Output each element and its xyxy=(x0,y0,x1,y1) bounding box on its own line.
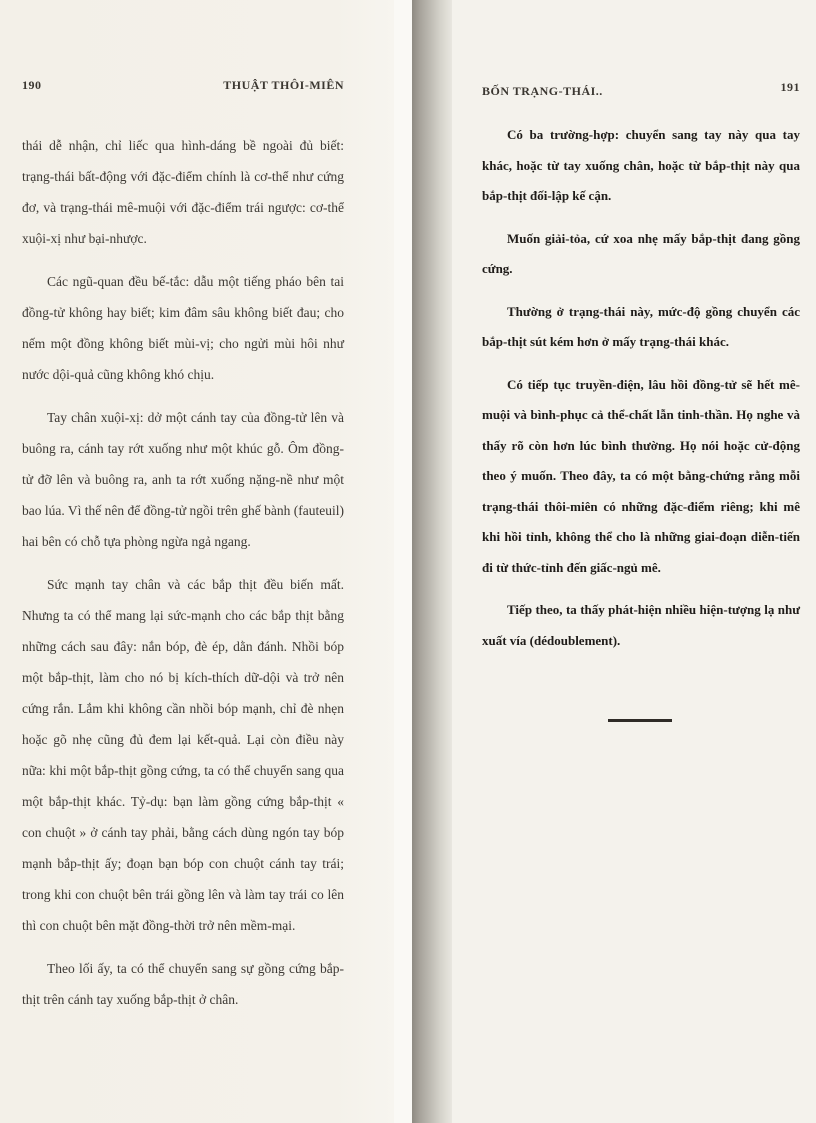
section-end-rule xyxy=(608,719,672,722)
book-gutter-shadow xyxy=(412,0,452,1123)
paragraph: Có ba trường-hợp: chuyển sang tay này qu… xyxy=(482,120,800,212)
page-number: 191 xyxy=(781,80,801,95)
paragraph: Tiếp theo, ta thấy phát-hiện nhiều hiện-… xyxy=(482,595,800,656)
page-body: Có ba trường-hợp: chuyển sang tay này qu… xyxy=(482,120,800,668)
paragraph: Theo lối ấy, ta có thể chuyển sang sự gồ… xyxy=(22,953,344,1015)
page-edge xyxy=(394,0,412,1123)
left-page: 190 THUẬT THÔI-MIÊN thái dễ nhận, chỉ li… xyxy=(0,0,394,1123)
paragraph: Các ngũ-quan đều bế-tắc: dẫu một tiếng p… xyxy=(22,266,344,390)
paragraph: Có tiếp tục truyền-điện, lâu hồi đồng-tử… xyxy=(482,370,800,584)
right-page: BỐN TRẠNG-THÁI.. 191 Có ba trường-hợp: c… xyxy=(452,0,816,1123)
book-spread: 190 THUẬT THÔI-MIÊN thái dễ nhận, chỉ li… xyxy=(0,0,816,1123)
paragraph: Thường ở trạng-thái này, mức-độ gồng chu… xyxy=(482,297,800,358)
page-number: 190 xyxy=(22,78,42,93)
paragraph: Muốn giải-tỏa, cứ xoa nhẹ mấy bắp-thịt đ… xyxy=(482,224,800,285)
running-title: BỐN TRẠNG-THÁI.. xyxy=(482,84,603,99)
paragraph: Sức mạnh tay chân và các bắp thịt đều bi… xyxy=(22,569,344,941)
page-body: thái dễ nhận, chỉ liếc qua hình-dáng bề … xyxy=(22,130,344,1027)
paragraph: thái dễ nhận, chỉ liếc qua hình-dáng bề … xyxy=(22,130,344,254)
running-title: THUẬT THÔI-MIÊN xyxy=(223,78,344,93)
paragraph: Tay chân xuội-xị: dở một cánh tay của đồ… xyxy=(22,402,344,557)
